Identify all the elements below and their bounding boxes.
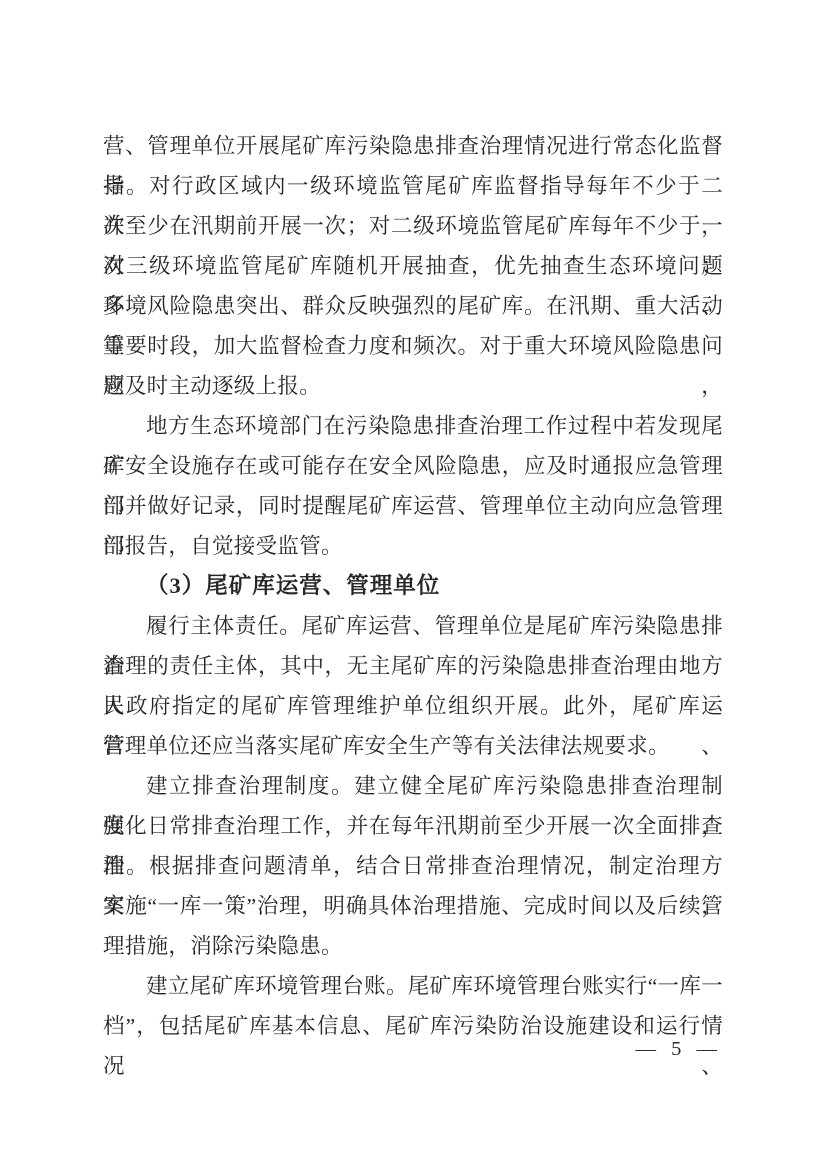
text-line: 导。对行政区域内一级环境监管尾矿库监督指导每年不少于二次， bbox=[103, 166, 723, 206]
text-line: 重要时段，加大监督检查力度和频次。对于重大环境风险隐患问题， bbox=[103, 326, 723, 366]
text-line: 对三级环境监管尾矿库随机开展抽查，优先抽查生态环境问题多、 bbox=[103, 246, 723, 286]
text-line: 档”，包括尾矿库基本信息、尾矿库污染防治设施建设和运行情况、 bbox=[103, 1006, 723, 1046]
text-line: 履行主体责任。尾矿库运营、管理单位是尾矿库污染隐患排查 bbox=[103, 606, 723, 646]
page-number: — 5 — bbox=[636, 1038, 723, 1061]
text-line: 门报告，自觉接受监管。 bbox=[103, 526, 723, 566]
text-line: 管理单位还应当落实尾矿库安全生产等有关法律法规要求。 bbox=[103, 726, 723, 766]
text-line: 地方生态环境部门在污染隐患排查治理工作过程中若发现尾矿 bbox=[103, 406, 723, 446]
text-line: 实施“一库一策”治理，明确具体治理措施、完成时间以及后续管 bbox=[103, 886, 723, 926]
text-line: 强化日常排查治理工作，并在每年汛期前至少开展一次全面排查治 bbox=[103, 806, 723, 846]
text-line: 环境风险隐患突出、群众反映强烈的尾矿库。在汛期、重大活动等 bbox=[103, 286, 723, 326]
document-body: 营、管理单位开展尾矿库污染隐患排查治理情况进行常态化监督指 导。对行政区域内一级… bbox=[103, 126, 723, 1046]
text-line: 民政府指定的尾矿库管理维护单位组织开展。此外，尾矿库运营、 bbox=[103, 686, 723, 726]
text-line: 治理的责任主体，其中，无主尾矿库的污染隐患排查治理由地方人 bbox=[103, 646, 723, 686]
text-line: 理。根据排查问题清单，结合日常排查治理情况，制定治理方案， bbox=[103, 846, 723, 886]
section-heading: （3）尾矿库运营、管理单位 bbox=[103, 566, 723, 606]
text-line: 并至少在汛期前开展一次；对二级环境监管尾矿库每年不少于一次； bbox=[103, 206, 723, 246]
text-line: 建立排查治理制度。建立健全尾矿库污染隐患排查治理制度， bbox=[103, 766, 723, 806]
text-line: 建立尾矿库环境管理台账。尾矿库环境管理台账实行“一库一 bbox=[103, 966, 723, 1006]
text-line: 门并做好记录，同时提醒尾矿库运营、管理单位主动向应急管理部 bbox=[103, 486, 723, 526]
document-page: 营、管理单位开展尾矿库污染隐患排查治理情况进行常态化监督指 导。对行政区域内一级… bbox=[0, 0, 826, 1169]
text-line: 理措施，消除污染隐患。 bbox=[103, 926, 723, 966]
text-line: 库安全设施存在或可能存在安全风险隐患，应及时通报应急管理部 bbox=[103, 446, 723, 486]
text-line: 营、管理单位开展尾矿库污染隐患排查治理情况进行常态化监督指 bbox=[103, 126, 723, 166]
